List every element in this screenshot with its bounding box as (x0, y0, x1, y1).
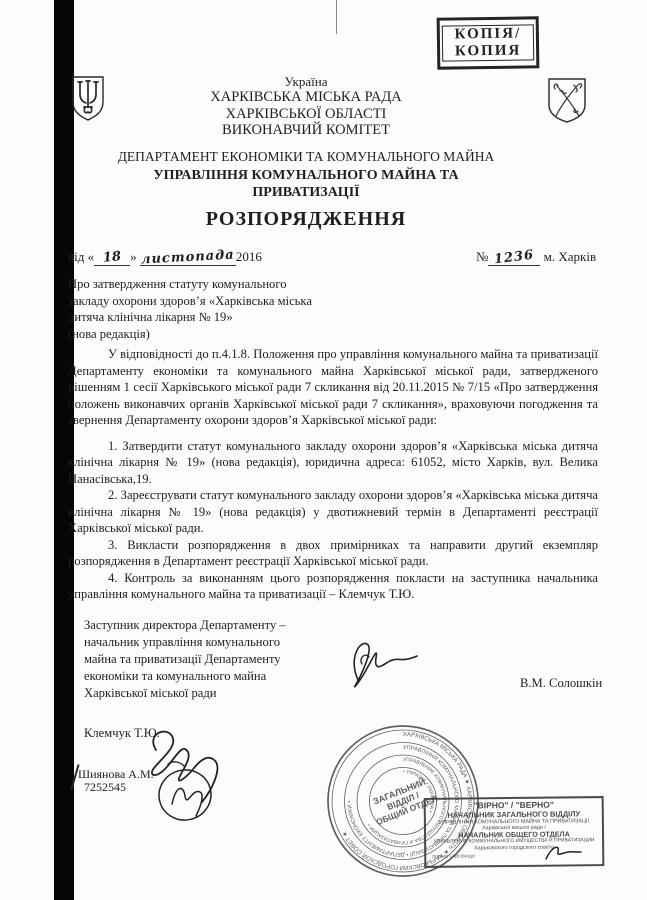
header-council: ХАРКІВСЬКА МІСЬКА РАДА (0, 89, 612, 106)
handwritten-number: 1236 (494, 248, 536, 268)
header-oblast: ХАРКІВСЬКОЇ ОБЛАСТІ (0, 106, 612, 123)
header-office-line1: УПРАВЛІННЯ КОМУНАЛЬНОГО МАЙНА ТА (0, 168, 612, 184)
dateline-right: №1236 м. Харків (476, 249, 596, 266)
subject-line: (нова редакція) (68, 326, 408, 343)
date-prefix: від « (68, 249, 94, 264)
subject-line: дитяча клінічна лікарня № 19» (68, 309, 408, 326)
header-office-line2: ПРИВАТИЗАЦІЇ (0, 185, 612, 201)
paragraph-item-2: 2. Зареєструвати статут комунального зак… (68, 487, 598, 537)
copy-stamp: КОПІЯ/ КОПИЯ (437, 16, 540, 69)
copy-stamp-line-ua: КОПІЯ/ (448, 25, 528, 43)
document-page: КОПІЯ/ КОПИЯ Україна ХАРКІВСЬКА МІСЬКА Р… (0, 0, 647, 900)
clerk-phone: 7252545 (84, 780, 126, 795)
paragraph-item-4: 4. Контроль за виконанням цього розпоряд… (68, 570, 598, 603)
paragraph-intro: У відповідності до п.4.1.8. Положення пр… (68, 346, 598, 429)
copy-stamp-text: КОПІЯ/ КОПИЯ (442, 24, 534, 61)
signature-initials-on-stamp (540, 842, 584, 866)
signature-title-block: Заступник директора Департаменту – начал… (84, 617, 334, 702)
dateline-left: від «18» листопада2016 (68, 249, 262, 266)
signature-title-line: Заступник директора Департаменту – (84, 617, 334, 634)
signature-title-line: Харківської міської ради (84, 685, 334, 702)
signature-shyianova (152, 764, 220, 830)
signature-soloshkin (340, 634, 418, 692)
city-label: м. Харків (544, 249, 596, 264)
header-country: Україна (0, 74, 612, 90)
number-label: № (476, 249, 488, 264)
handwritten-month: листопада (141, 248, 235, 268)
signature-title-line: начальник управління комунального (84, 634, 334, 651)
subject-line: закладу охорони здоров’я «Харківська міс… (68, 293, 408, 310)
subject-block: Про затвердження статуту комунального за… (68, 276, 408, 342)
copy-stamp-line-ru: КОПИЯ (448, 42, 528, 60)
handwritten-day: 18 (102, 249, 122, 266)
paragraph-item-3: 3. Викласти розпорядження в двох примірн… (68, 537, 598, 570)
document-type-title: РОЗПОРЯДЖЕННЯ (0, 208, 612, 231)
date-close-quote: » (130, 249, 137, 264)
date-year: 2016 (236, 249, 262, 264)
signature-title-line: майна та приватизації Департаменту (84, 651, 334, 668)
body-text: У відповідності до п.4.1.8. Положення пр… (68, 346, 598, 603)
paragraph-item-1: 1. Затвердити статут комунального заклад… (68, 438, 598, 488)
signature-title-line: економіки та комунального майна (84, 668, 334, 685)
header-department: ДЕПАРТАМЕНТ ЕКОНОМІКИ ТА КОМУНАЛЬНОГО МА… (0, 149, 612, 165)
header-committee: ВИКОНАВЧИЙ КОМІТЕТ (0, 122, 612, 139)
fold-mark (336, 0, 337, 34)
signatory-name: В.М. Солошкін (520, 676, 602, 691)
subject-line: Про затвердження статуту комунального (68, 276, 408, 293)
